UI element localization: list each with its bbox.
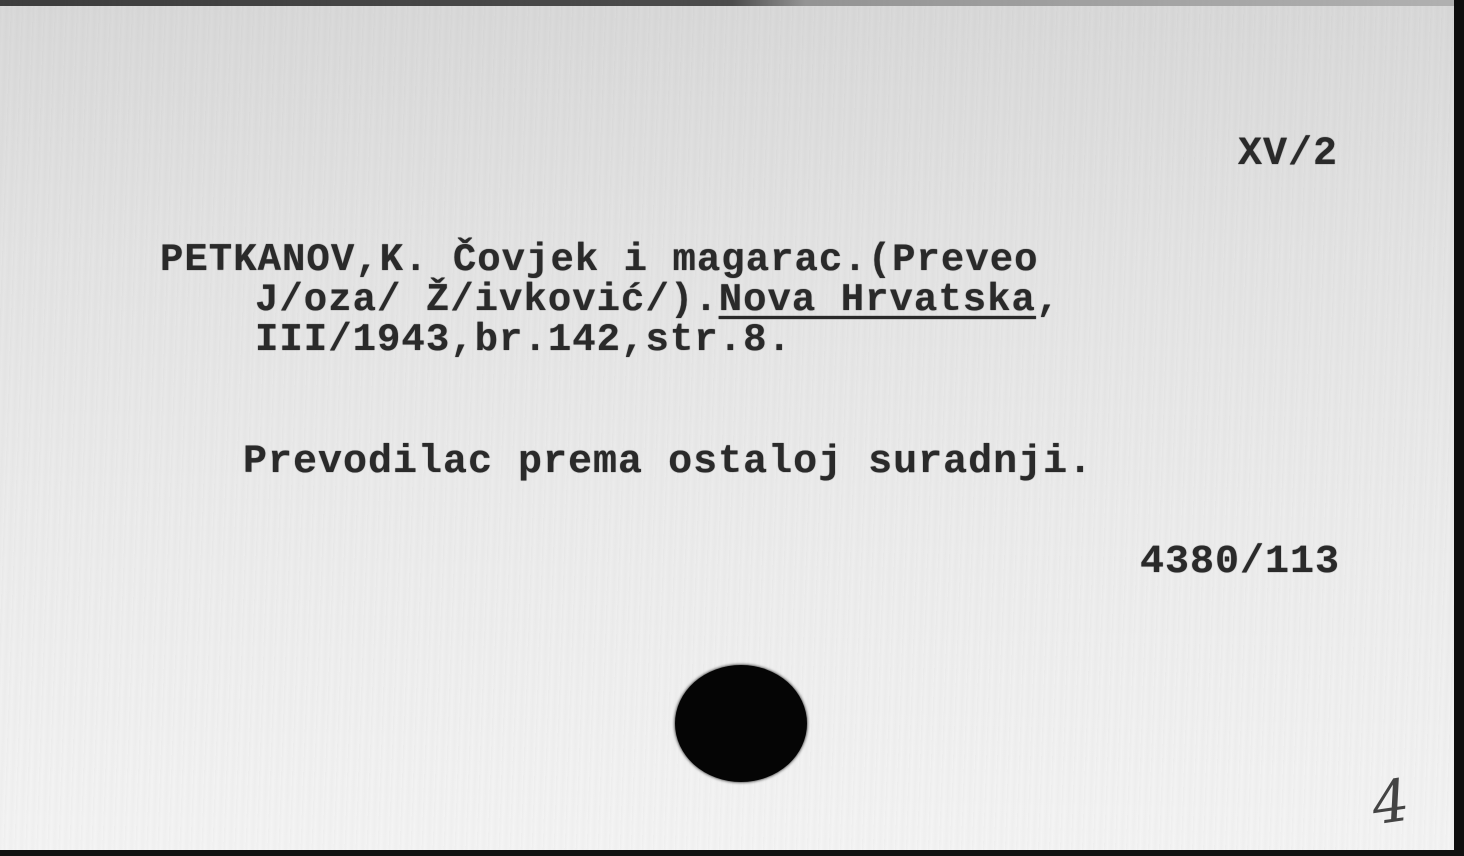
entry-author-title: PETKANOV,K. Čovjek i magarac.(Preveo — [160, 238, 1039, 282]
call-number: XV/2 — [1238, 132, 1338, 177]
accession-number: 4380/113 — [1140, 540, 1340, 585]
card-bottom-edge — [0, 850, 1464, 856]
journal-comma: , — [1036, 278, 1060, 322]
card-top-edge-shadow — [0, 0, 1454, 6]
translator: J/oza/ Ž/ivković/). — [255, 278, 719, 322]
subject-heading: Prevodilac prema ostaloj suradnji. — [243, 440, 1093, 485]
handwritten-mark: 4 — [1367, 766, 1413, 838]
punch-hole-icon — [675, 665, 807, 782]
card-right-edge — [1454, 0, 1464, 856]
entry-translator-source: J/oza/ Ž/ivković/).Nova Hrvatska, — [255, 278, 1060, 322]
journal-title: Nova Hrvatska — [719, 278, 1036, 322]
entry-citation: III/1943,br.142,str.8. — [255, 318, 792, 362]
catalog-card: XV/2 PETKANOV,K. Čovjek i magarac.(Preve… — [0, 0, 1454, 851]
